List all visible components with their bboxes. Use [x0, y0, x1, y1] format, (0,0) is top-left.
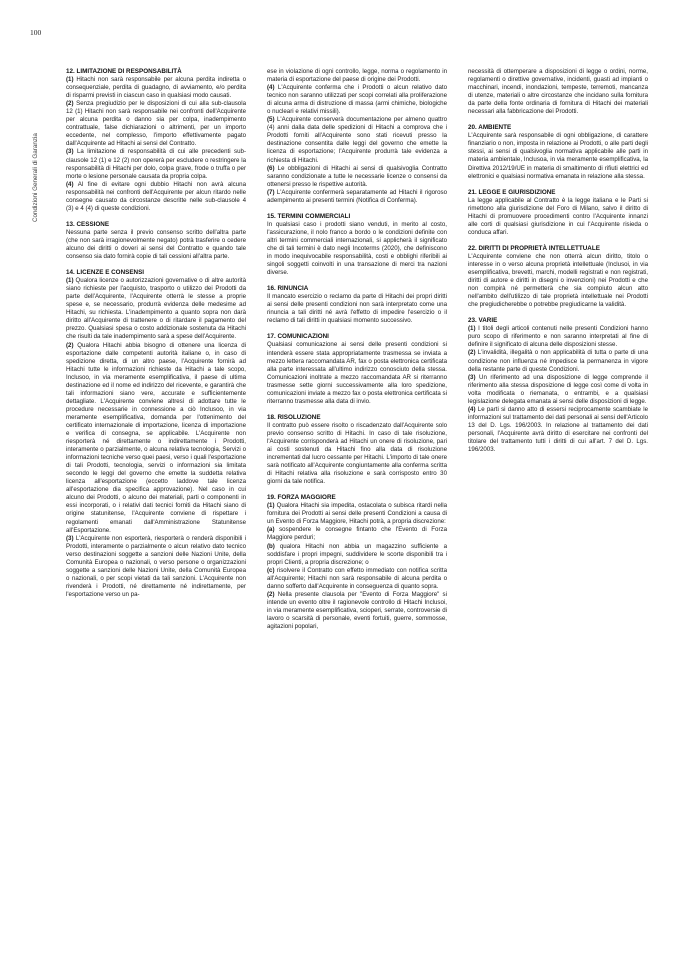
- clause-section: 20. AMBIENTEL'Acquirente sarà responsabi…: [468, 124, 648, 180]
- clause-heading: 15. TERMINI COMMERCIALI: [267, 213, 447, 221]
- column-2: ese in violazione di ogni controllo, leg…: [267, 68, 447, 639]
- clause-text: In qualsiasi caso i prodotti siano vendu…: [267, 221, 447, 276]
- clause-paragraph: Il contratto può essere risolto o riscad…: [267, 422, 447, 486]
- clause-heading: 18. RISOLUZIONE: [267, 414, 447, 422]
- clause-section: 21. LEGGE E GIURISDIZIONELa legge applic…: [468, 189, 648, 237]
- clause-text: Al fine di evitare ogni dubbio Hitachi n…: [66, 181, 246, 212]
- clause-paragraph: (1) Hitachi non sarà responsabile per al…: [66, 76, 246, 100]
- document-body: 12. LIMITAZIONE DI RESPONSABILITÀ(1) Hit…: [66, 68, 648, 639]
- clause-paragraph: (2) Senza pregiudizio per le disposizion…: [66, 100, 246, 148]
- subclause-number: (2): [267, 591, 275, 598]
- subclause-number: (2): [66, 342, 74, 349]
- subclause-number: (4): [267, 84, 275, 91]
- clause-paragraph: (c) risolvere il Contratto con effetto i…: [267, 567, 447, 591]
- subclause-number: (5): [267, 116, 275, 123]
- subclause-number: (7): [267, 189, 275, 196]
- clause-text: L'Acquirente sarà responsabile di ogni o…: [468, 132, 648, 179]
- clause-heading: 14. LICENZE E CONSENSI: [66, 269, 246, 277]
- clause-paragraph: Qualsiasi comunicazione ai sensi delle p…: [267, 341, 447, 405]
- subclause-number: (b): [267, 543, 275, 550]
- clause-text: ese in violazione di ogni controllo, leg…: [267, 68, 447, 83]
- clause-text: I titoli degli articoli contenuti nelle …: [468, 325, 648, 348]
- clause-heading: 13. CESSIONE: [66, 221, 246, 229]
- subclause-number: (3): [468, 374, 476, 381]
- clause-paragraph: Il mancato esercizio o reclamo da parte …: [267, 293, 447, 325]
- clause-text: qualora Hitachi non abbia un magazzino s…: [267, 543, 447, 566]
- clause-paragraph: (2) L'invalidità, illegalità o non appli…: [468, 349, 648, 373]
- clause-text: L'Acquirente confermerà separatamente ad…: [267, 189, 447, 204]
- clause-text: risolvere il Contratto con effetto immed…: [267, 567, 447, 590]
- clause-paragraph: (2) Qualora Hitachi abbia bisogno di ott…: [66, 342, 246, 535]
- clause-heading: 23. VARIE: [468, 317, 648, 325]
- clause-text: Il mancato esercizio o reclamo da parte …: [267, 293, 447, 324]
- clause-heading: 16. RINUNCIA: [267, 285, 447, 293]
- clause-text: Nella presente clausola per "Evento di F…: [267, 591, 447, 630]
- clause-heading: 12. LIMITAZIONE DI RESPONSABILITÀ: [66, 68, 246, 76]
- subclause-number: (c): [267, 567, 275, 574]
- clause-section: 18. RISOLUZIONEIl contratto può essere r…: [267, 414, 447, 486]
- clause-paragraph: (3) La limitazione di responsabilità di …: [66, 148, 246, 180]
- clause-paragraph: necessità di ottemperare a disposizioni …: [468, 68, 648, 116]
- clause-text: necessità di ottemperare a disposizioni …: [468, 68, 648, 115]
- clause-paragraph: (4) L'Acquirente conferma che i Prodotti…: [267, 84, 447, 116]
- clause-text: Il contratto può essere risolto o riscad…: [267, 422, 447, 485]
- clause-section: 15. TERMINI COMMERCIALIIn qualsiasi caso…: [267, 213, 447, 277]
- clause-paragraph: (4) Al fine di evitare ogni dubbio Hitac…: [66, 181, 246, 213]
- clause-heading: 20. AMBIENTE: [468, 124, 648, 132]
- clause-paragraph: La legge applicabile al Contratto è la l…: [468, 197, 648, 237]
- clause-heading: 21. LEGGE E GIURISDIZIONE: [468, 189, 648, 197]
- clause-paragraph: (2) Nella presente clausola per "Evento …: [267, 591, 447, 631]
- clause-paragraph: (5) L'Acquirente conserverà documentazio…: [267, 116, 447, 164]
- clause-paragraph: L'Acquirente sarà responsabile di ogni o…: [468, 132, 648, 180]
- clause-text: Senza pregiudizio per le disposizioni di…: [66, 100, 246, 147]
- clause-text: L'Acquirente conferma che i Prodotti o a…: [267, 84, 447, 115]
- subclause-number: (3): [66, 148, 74, 155]
- clause-paragraph: (3) Un riferimento ad una disposizione d…: [468, 374, 648, 406]
- clause-paragraph: L'Acquirente conviene che non otterrà al…: [468, 253, 648, 309]
- side-running-title: Condizioni Generali di Garanzia: [32, 133, 39, 222]
- subclause-number: (2): [468, 349, 476, 356]
- clause-section: 16. RINUNCIAIl mancato esercizio o recla…: [267, 285, 447, 325]
- clause-section: 23. VARIE(1) I titoli degli articoli con…: [468, 317, 648, 454]
- clause-text: sospendere le consegne fintanto che l'Ev…: [267, 526, 447, 541]
- subclause-number: (1): [267, 502, 275, 509]
- clause-text: La legge applicabile al Contratto è la l…: [468, 197, 648, 236]
- clause-section: 13. CESSIONENessuna parte senza il previ…: [66, 221, 246, 261]
- clause-text: L'Acquirente conserverà documentazione p…: [267, 116, 447, 163]
- clause-paragraph: (3) L'Acquirente non esporterà, riesport…: [66, 535, 246, 599]
- subclause-number: (1): [66, 76, 74, 83]
- clause-text: Qualora licenze o autorizzazioni governa…: [66, 277, 246, 340]
- clause-heading: 19. FORZA MAGGIORE: [267, 494, 447, 502]
- clause-text: L'Acquirente non esporterà, riesporterà …: [66, 535, 246, 598]
- subclause-number: (4): [66, 181, 74, 188]
- page-number: 100: [30, 28, 41, 37]
- subclause-number: (2): [66, 100, 74, 107]
- clause-text: Qualora Hitachi abbia bisogno di ottener…: [66, 342, 246, 534]
- clause-text: La limitazione di responsabilità di cui …: [66, 148, 246, 179]
- clause-text: Le obbligazioni di Hitachi ai sensi di q…: [267, 165, 447, 188]
- clause-section: necessità di ottemperare a disposizioni …: [468, 68, 648, 116]
- clause-text: Nessuna parte senza il previo consenso s…: [66, 229, 246, 260]
- clause-text: Hitachi non sarà responsabile per alcuna…: [66, 76, 246, 99]
- clause-paragraph: (1) I titoli degli articoli contenuti ne…: [468, 325, 648, 349]
- subclause-number: (4): [468, 406, 476, 413]
- clause-paragraph: (6) Le obbligazioni di Hitachi ai sensi …: [267, 165, 447, 189]
- clause-section: 14. LICENZE E CONSENSI(1) Qualora licenz…: [66, 269, 246, 599]
- clause-text: Un riferimento ad una disposizione di le…: [468, 374, 648, 405]
- clause-text: Le parti si danno atto di essersi recipr…: [468, 406, 648, 453]
- clause-heading: 22. DIRITTI DI PROPRIETÀ INTELLETTUALE: [468, 245, 648, 253]
- clause-paragraph: (b) qualora Hitachi non abbia un magazzi…: [267, 543, 447, 567]
- clause-paragraph: ese in violazione di ogni controllo, leg…: [267, 68, 447, 84]
- clause-paragraph: (4) Le parti si danno atto di essersi re…: [468, 406, 648, 454]
- clause-text: Qualora Hitachi sia impedita, ostacolata…: [267, 502, 447, 525]
- clause-text: Qualsiasi comunicazione ai sensi delle p…: [267, 341, 447, 404]
- clause-heading: 17. COMUNICAZIONI: [267, 333, 447, 341]
- clause-paragraph: (7) L'Acquirente confermerà separatament…: [267, 189, 447, 205]
- clause-section: ese in violazione di ogni controllo, leg…: [267, 68, 447, 205]
- clause-text: L'Acquirente conviene che non otterrà al…: [468, 253, 648, 308]
- clause-section: 17. COMUNICAZIONIQualsiasi comunicazione…: [267, 333, 447, 405]
- clause-text: L'invalidità, illegalità o non applicabi…: [468, 349, 648, 372]
- subclause-number: (a): [267, 526, 275, 533]
- clause-section: 22. DIRITTI DI PROPRIETÀ INTELLETTUALEL'…: [468, 245, 648, 309]
- subclause-number: (3): [66, 535, 74, 542]
- column-1: 12. LIMITAZIONE DI RESPONSABILITÀ(1) Hit…: [66, 68, 246, 639]
- subclause-number: (1): [468, 325, 476, 332]
- subclause-number: (6): [267, 165, 275, 172]
- clause-section: 12. LIMITAZIONE DI RESPONSABILITÀ(1) Hit…: [66, 68, 246, 213]
- clause-paragraph: Nessuna parte senza il previo consenso s…: [66, 229, 246, 261]
- column-3: necessità di ottemperare a disposizioni …: [468, 68, 648, 639]
- subclause-number: (1): [66, 277, 74, 284]
- clause-section: 19. FORZA MAGGIORE(1) Qualora Hitachi si…: [267, 494, 447, 631]
- clause-paragraph: (1) Qualora Hitachi sia impedita, ostaco…: [267, 502, 447, 526]
- clause-paragraph: In qualsiasi caso i prodotti siano vendu…: [267, 221, 447, 277]
- clause-paragraph: (1) Qualora licenze o autorizzazioni gov…: [66, 277, 246, 341]
- clause-paragraph: (a) sospendere le consegne fintanto che …: [267, 526, 447, 542]
